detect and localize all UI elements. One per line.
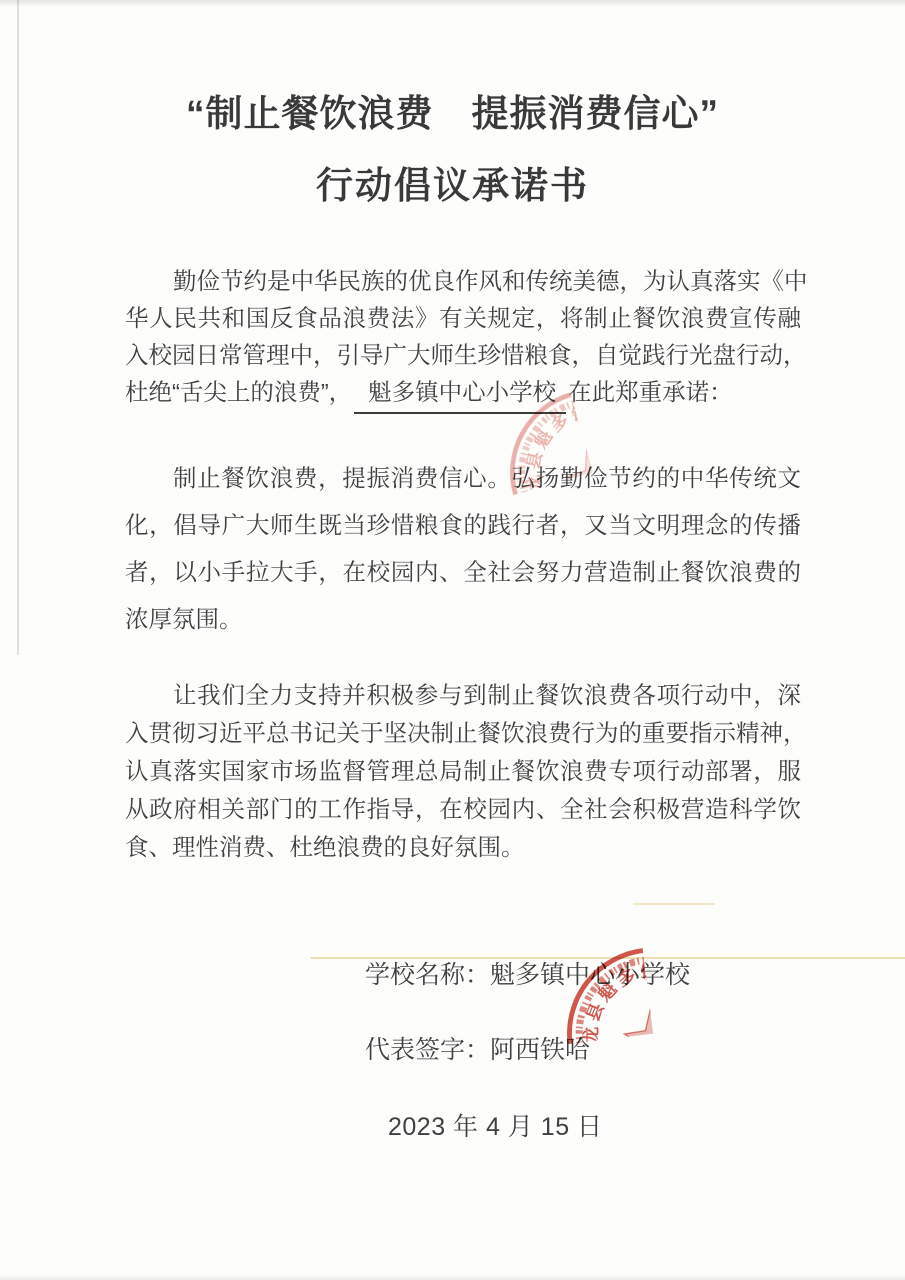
paragraph-3: 让我们全力支持并积极参与到制止餐饮浪费各项行动中，深 入贯彻习近平总书记关于坚决… (125, 676, 801, 866)
school-name-blank-underlined: 魁多镇中心小学校 (354, 374, 566, 414)
document-title-line1: “制止餐饮浪费 提振消费信心” (0, 90, 905, 138)
paragraph-2-line: 者，以小手拉大手，在校园内、全社会努力营造制止餐饮浪费的 (125, 549, 801, 596)
paragraph-2-line: 化，倡导广大师生既当珍惜粮食的践行者，又当文明理念的传播 (125, 502, 801, 549)
scanned-document-page: “制止餐饮浪费 提振消费信心” 行动倡议承诺书 勤俭节约是中华民族的优良作风和传… (0, 0, 905, 1280)
paragraph-3-line: 入贯彻习近平总书记关于坚决制止餐饮浪费行为的重要指示精神， (125, 714, 801, 752)
paragraph-1-line: 勤俭节约是中华民族的优良作风和传统美德，为认真落实《中 (125, 263, 801, 300)
paragraph-3-line: 认真落实国家市场监督管理总局制止餐饮浪费专项行动部署，服 (125, 752, 801, 790)
school-name-line: 学校名称：魁多镇中心小学校 (365, 958, 690, 992)
paragraph-1-line: 杜绝“舌尖上的浪费”，魁多镇中心小学校在此郑重承诺： (125, 374, 801, 411)
paragraph-1-line: 入校园日常管理中，引导广大师生珍惜粮食，自觉践行光盘行动， (125, 337, 801, 374)
paragraph-1: 勤俭节约是中华民族的优良作风和传统美德，为认真落实《中 华人民共和国反食品浪费法… (125, 263, 801, 411)
document-title-line2: 行动倡议承诺书 (0, 162, 905, 210)
representative-signature-line: 代表签字：阿西铁哈 (365, 1033, 590, 1067)
line4-suffix: 在此郑重承诺： (568, 379, 733, 405)
paragraph-2: 制止餐饮浪费，提振消费信心。弘扬勤俭节约的中华传统文 化，倡导广大师生既当珍惜粮… (125, 455, 801, 643)
date-line: 2023 年 4 月 15 日 (388, 1110, 603, 1144)
paragraph-3-line: 让我们全力支持并积极参与到制止餐饮浪费各项行动中，深 (125, 676, 801, 714)
scan-edge-bottom (0, 1274, 905, 1280)
line4-prefix: 杜绝“舌尖上的浪费”， (125, 379, 352, 405)
paragraph-3-line: 食、理性消费、杜绝浪费的良好氛围。 (125, 828, 801, 866)
paragraph-2-line: 制止餐饮浪费，提振消费信心。弘扬勤俭节约的中华传统文 (125, 455, 801, 502)
paper-crease-line (633, 903, 715, 905)
paragraph-2-line: 浓厚氛围。 (125, 596, 801, 643)
scan-edge-top (0, 0, 905, 7)
paragraph-3-line: 从政府相关部门的工作指导，在校园内、全社会积极营造科学饮 (125, 790, 801, 828)
paragraph-1-line: 华人民共和国反食品浪费法》有关规定，将制止餐饮浪费宣传融 (125, 300, 801, 337)
